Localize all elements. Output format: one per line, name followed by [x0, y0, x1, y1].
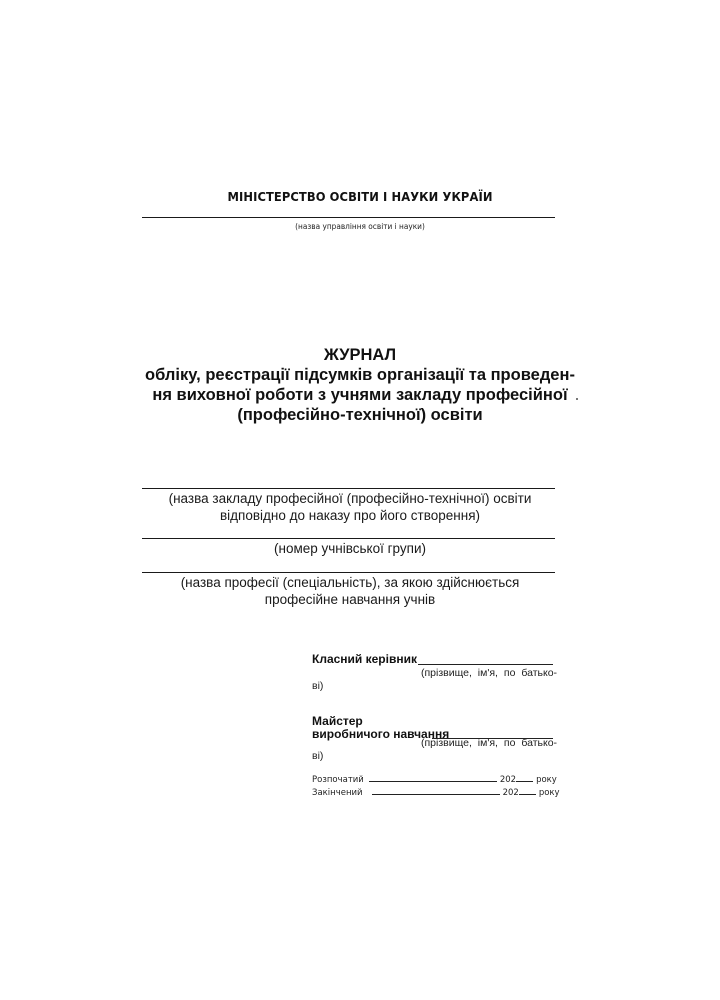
class-teacher-hint: (прізвище, ім'я, по батько-	[421, 667, 557, 680]
group-number-fill-line	[142, 538, 555, 539]
profession-caption-line: професійне навчання учнів	[130, 591, 570, 608]
school-caption-line: (назва закладу професійної (професійно-т…	[130, 490, 570, 507]
group-number-caption: (номер учнівської групи)	[130, 540, 570, 557]
year-started-fill-line	[516, 773, 533, 782]
journal-subtitle-line: (професійно-технічної) освіти	[140, 405, 580, 425]
master-label: Майстер	[312, 714, 363, 728]
profession-caption: (назва професії (спеціальність), за якою…	[130, 574, 570, 608]
date-started-label: Розпочатий	[312, 774, 364, 786]
ministry-heading: МІНІСТЕРСТВО ОСВІТИ І НАУКИ УКРАЇИ	[29, 189, 691, 204]
class-teacher-fill-line	[418, 664, 553, 665]
year-suffix: року	[539, 787, 560, 799]
journal-title: ЖУРНАЛ	[0, 345, 720, 365]
school-name-caption: (назва закладу професійної (професійно-т…	[130, 490, 570, 524]
scan-speck	[576, 398, 578, 400]
department-fill-line	[142, 217, 555, 218]
profession-caption-line: (назва професії (спеціальність), за якою…	[130, 574, 570, 591]
date-finished-label: Закінчений	[312, 787, 363, 799]
journal-subtitle-line: ня виховної роботи з учнями закладу проф…	[140, 385, 580, 405]
date-started-row: Розпочатий 202 року	[312, 773, 557, 786]
year-suffix: року	[536, 774, 557, 786]
date-started-fill-line	[369, 773, 497, 782]
class-teacher-label: Класний керівник	[312, 652, 417, 666]
journal-subtitle-line: обліку, реєстрації підсумків організації…	[140, 365, 580, 385]
class-teacher-hint-tail: ві)	[312, 680, 323, 693]
master-hint-tail: ві)	[312, 750, 323, 763]
date-finished-row: Закінчений 202 року	[312, 786, 560, 799]
profession-fill-line	[142, 572, 555, 573]
school-caption-line: відповідно до наказу про його створення)	[130, 507, 570, 524]
journal-subtitle: обліку, реєстрації підсумків організації…	[140, 365, 580, 425]
year-finished-fill-line	[519, 786, 536, 795]
year-prefix: 202	[503, 787, 519, 799]
department-caption: (назва управління освіти і науки)	[29, 222, 691, 231]
master-hint: (прізвище, ім'я, по батько-	[421, 737, 557, 750]
year-prefix: 202	[500, 774, 516, 786]
date-finished-fill-line	[372, 786, 500, 795]
school-name-fill-line	[142, 488, 555, 489]
